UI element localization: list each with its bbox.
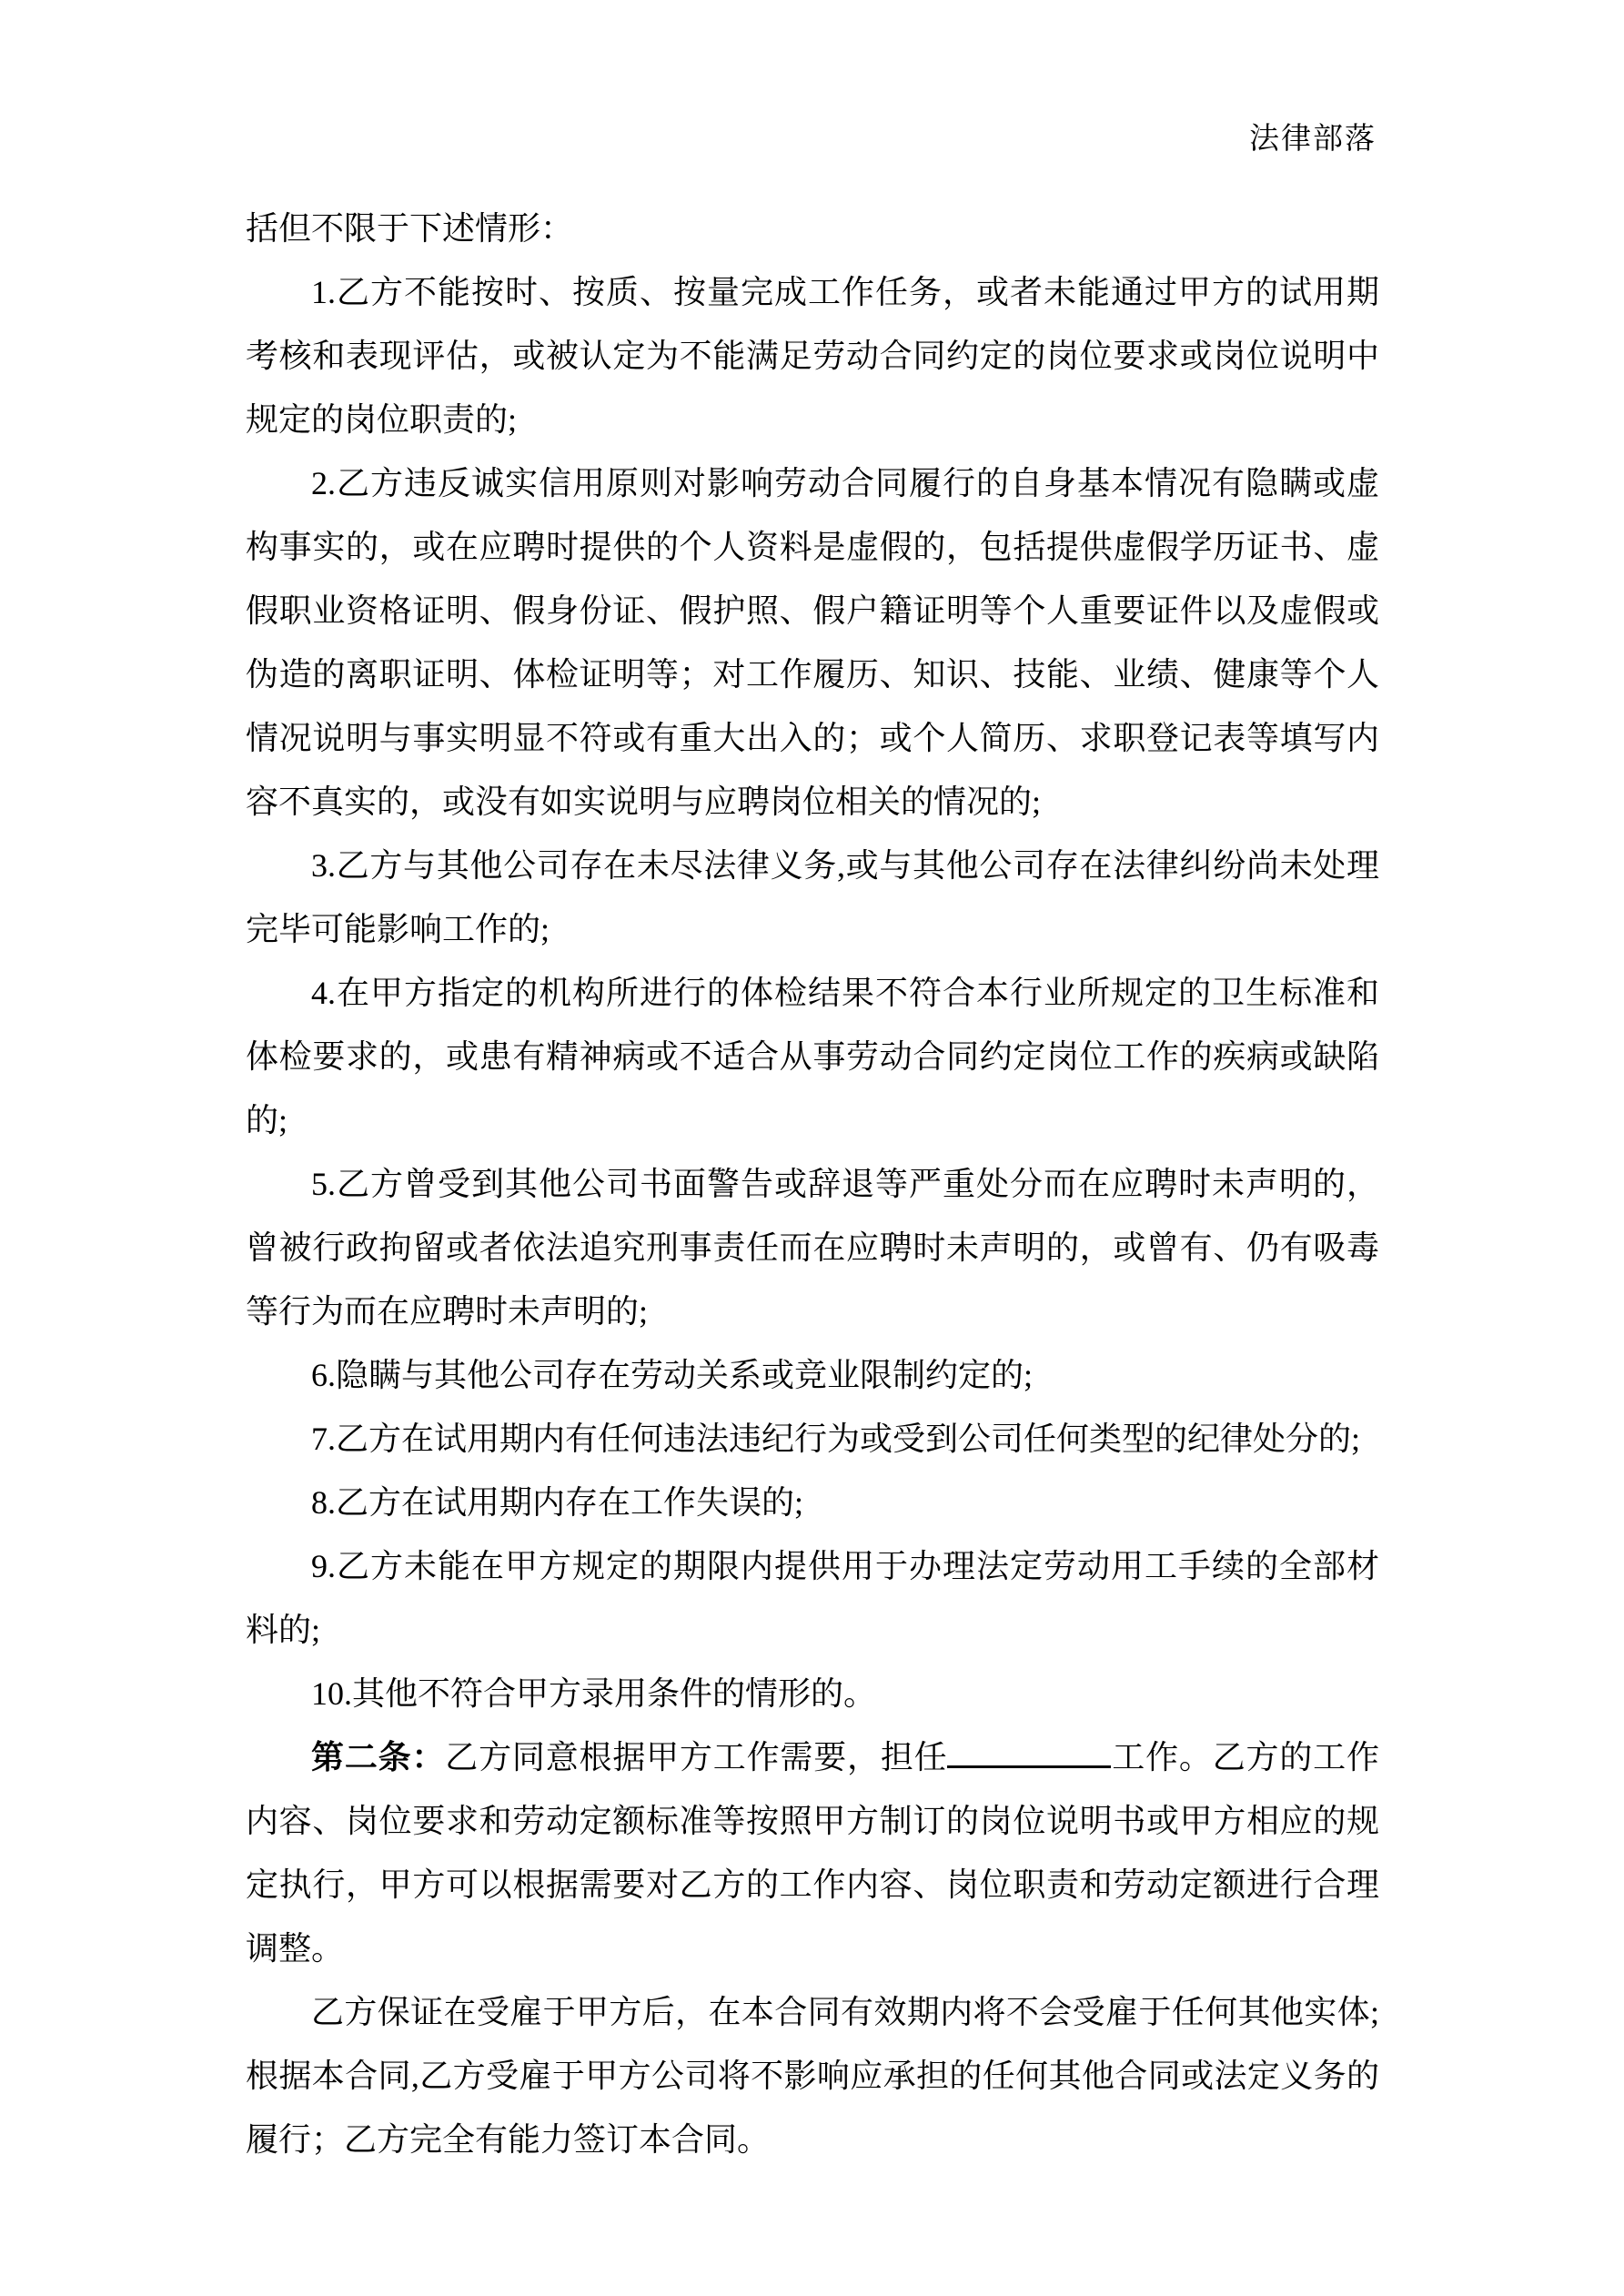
text-run: 9.乙方未能在甲方规定的期限内提供用于办理法定劳动用工手续的全部材料的; — [246, 1548, 1379, 1648]
paragraph: 4.在甲方指定的机构所进行的体检结果不符合本行业所规定的卫生标准和体检要求的，或… — [246, 961, 1379, 1152]
text-run: 2.乙方违反诚实信用原则对影响劳动合同履行的自身基本情况有隐瞒或虚构事实的，或在… — [246, 465, 1379, 820]
document-body: 括但不限于下述情形：1.乙方不能按时、按质、按量完成工作任务，或者未能通过甲方的… — [246, 197, 1379, 2171]
text-run: 乙方保证在受雇于甲方后，在本合同有效期内将不会受雇于任何其他实体;根据本合同,乙… — [246, 1994, 1379, 2158]
text-run: 8.乙方在试用期内存在工作失误的; — [311, 1484, 803, 1521]
paragraph: 10.其他不符合甲方录用条件的情形的。 — [246, 1662, 1379, 1725]
text-run: 乙方同意根据甲方工作需要，担任 — [445, 1739, 947, 1775]
text-run: 3.乙方与其他公司存在未尽法律义务,或与其他公司存在法律纠纷尚未处理完毕可能影响… — [246, 847, 1379, 947]
paragraph: 6.隐瞒与其他公司存在劳动关系或竞业限制约定的; — [246, 1343, 1379, 1407]
paragraph: 乙方保证在受雇于甲方后，在本合同有效期内将不会受雇于任何其他实体;根据本合同,乙… — [246, 1980, 1379, 2171]
text-run: 5.乙方曾受到其他公司书面警告或辞退等严重处分而在应聘时未声明的，曾被行政拘留或… — [246, 1166, 1379, 1330]
fill-in-blank — [947, 1735, 1111, 1768]
paragraph: 括但不限于下述情形： — [246, 197, 1379, 260]
clause-title: 第二条： — [311, 1739, 445, 1775]
paragraph: 8.乙方在试用期内存在工作失误的; — [246, 1471, 1379, 1534]
text-run: 6.隐瞒与其他公司存在劳动关系或竞业限制约定的; — [311, 1357, 1033, 1393]
paragraph: 第二条：乙方同意根据甲方工作需要，担任工作。乙方的工作内容、岗位要求和劳动定额标… — [246, 1725, 1379, 1980]
paragraph: 9.乙方未能在甲方规定的期限内提供用于办理法定劳动用工手续的全部材料的; — [246, 1534, 1379, 1662]
text-run: 括但不限于下述情形： — [246, 210, 573, 247]
paragraph: 2.乙方违反诚实信用原则对影响劳动合同履行的自身基本情况有隐瞒或虚构事实的，或在… — [246, 451, 1379, 834]
text-run: 4.在甲方指定的机构所进行的体检结果不符合本行业所规定的卫生标准和体检要求的，或… — [246, 975, 1379, 1138]
text-run: 1.乙方不能按时、按质、按量完成工作任务，或者未能通过甲方的试用期考核和表现评估… — [246, 274, 1379, 438]
paragraph: 7.乙方在试用期内有任何违法违纪行为或受到公司任何类型的纪律处分的; — [246, 1407, 1379, 1471]
text-run: 7.乙方在试用期内有任何违法违纪行为或受到公司任何类型的纪律处分的; — [311, 1421, 1360, 1457]
paragraph: 1.乙方不能按时、按质、按量完成工作任务，或者未能通过甲方的试用期考核和表现评估… — [246, 260, 1379, 451]
paragraph: 5.乙方曾受到其他公司书面警告或辞退等严重处分而在应聘时未声明的，曾被行政拘留或… — [246, 1152, 1379, 1343]
site-watermark: 法律部落 — [1249, 115, 1377, 157]
document-page: 法律部落 括但不限于下述情形：1.乙方不能按时、按质、按量完成工作任务，或者未能… — [0, 0, 1624, 2296]
paragraph: 3.乙方与其他公司存在未尽法律义务,或与其他公司存在法律纠纷尚未处理完毕可能影响… — [246, 834, 1379, 961]
text-run: 10.其他不符合甲方录用条件的情形的。 — [311, 1675, 876, 1712]
